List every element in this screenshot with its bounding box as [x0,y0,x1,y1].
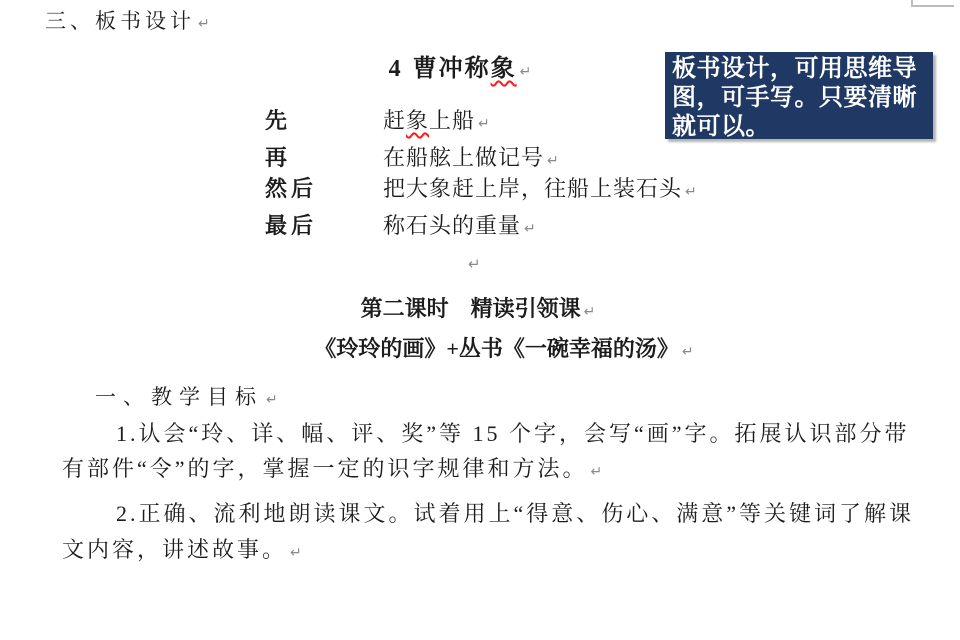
paragraph-mark: ↵ [478,116,490,132]
session-heading: 第二课时 精读引领课↵ [0,296,956,321]
step-label: 最后 [265,209,317,240]
lesson-title-misspelled-char: 象 [491,56,517,82]
annotation-callout-line: 板书设计，可用思维导 [672,54,933,83]
paragraph-mark: ↵ [266,392,278,408]
step-text-post: 上船 [429,108,475,133]
annotation-callout-line: 就可以。 [672,112,933,141]
lesson-number: 4 [389,56,401,82]
paragraph-mark: ↵ [591,464,603,480]
paragraph-mark: ↵ [685,184,697,200]
step-text-body: 把大象赶上岸，往船上装石头 [383,176,682,201]
step-text-pre: 赶 [383,108,406,133]
objective-1-line-1: 1.认会“玲、详、幅、评、奖”等 15 个字，会写“画”字。拓展认识部分带 [116,421,910,446]
step-text: 把大象赶上岸，往船上装石头↵ [383,172,697,203]
step-row: 再 在船舷上做记号↵ [0,141,960,167]
objective-1-line-2-text: 有部件“令”的字，掌握一定的识字规律和方法。 [62,456,588,481]
step-label: 再 [265,141,291,172]
paragraph-mark: ↵ [290,545,302,561]
paragraph-mark: ↵ [520,64,532,80]
book-titles-heading: 《玲玲的画》+丛书《一碗幸福的汤》↵ [48,336,960,361]
step-misspelled-char: 象 [406,108,429,133]
step-text: 赶象上船↵ [383,104,490,135]
session-heading-text: 第二课时 精读引领课 [361,296,581,321]
objectives-heading: 一、教学目标↵ [95,385,278,409]
step-text-body: 在船舷上做记号 [383,145,544,170]
cropped-box-corner-artifact [911,0,954,7]
step-row: 最后 称石头的重量↵ [0,209,960,235]
objective-2-line-2-text: 文内容，讲述故事。 [62,537,287,562]
document-page: 三、板书设计↵ 4曹冲称象↵ 先 赶象上船↵ 再 在船舷上做记号↵ 然后 把大象… [0,0,960,640]
section-heading: 三、板书设计↵ [45,9,210,33]
objective-2-line-2: 文内容，讲述故事。↵ [62,537,302,562]
paragraph-mark: ↵ [547,153,559,169]
objective-2-line-1: 2.正确、流利地朗读课文。试着用上“得意、伤心、满意”等关键词了解课 [116,501,914,526]
paragraph-mark: ↵ [198,16,210,32]
paragraph-mark: ↵ [524,221,536,237]
objectives-heading-text: 一、教学目标 [95,385,263,409]
step-label: 先 [265,104,291,135]
step-label: 然后 [265,172,317,203]
book-titles-text: 《玲玲的画》+丛书《一碗幸福的汤》 [314,336,679,361]
step-text: 在船舷上做记号↵ [383,141,559,172]
objective-1-line-2: 有部件“令”的字，掌握一定的识字规律和方法。↵ [62,456,602,481]
step-row: 然后 把大象赶上岸，往船上装石头↵ [0,172,960,198]
annotation-callout: 板书设计，可用思维导 图，可手写。只要清晰 就可以。 [665,52,933,139]
paragraph-mark: ↵ [682,344,694,360]
step-text-body: 称石头的重量 [383,213,521,238]
lesson-title-text: 曹冲称 [413,56,491,82]
annotation-callout-line: 图，可手写。只要清晰 [672,83,933,112]
section-heading-text: 三、板书设计 [45,9,195,33]
paragraph-mark: ↵ [584,304,596,320]
empty-paragraph-mark: ↵ [468,256,481,273]
step-text: 称石头的重量↵ [383,209,536,240]
